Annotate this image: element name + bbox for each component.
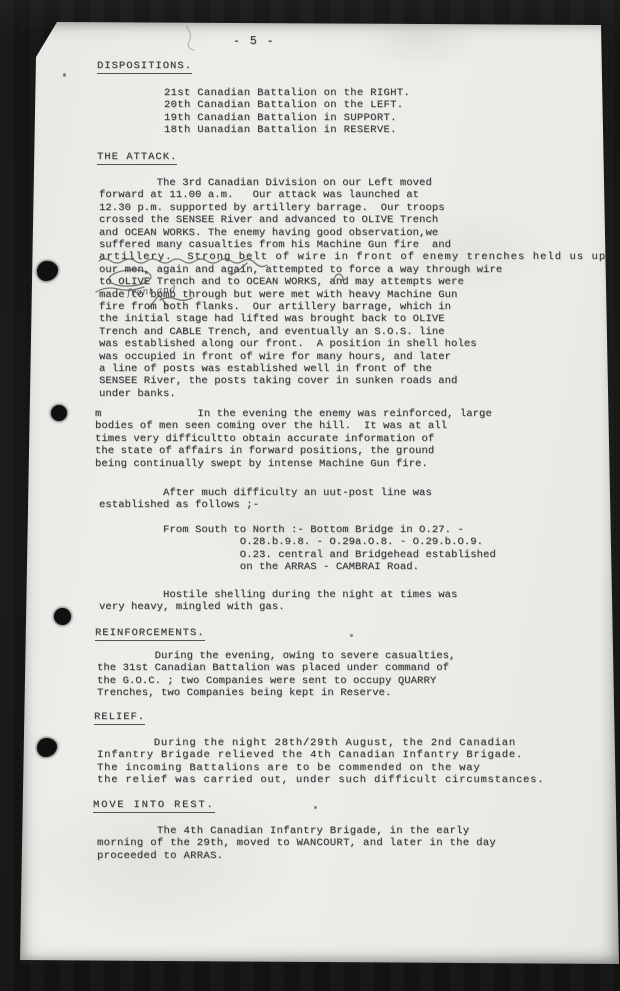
attack-paragraph-2: m In the evening the enemy was reinforce…	[95, 408, 492, 470]
attack-paragraph-4: Hostile shelling during the night at tim…	[99, 589, 457, 614]
battalion-dispositions-list: 21st Canadian Battalion on the RIGHT. 20…	[164, 87, 410, 137]
attack-paragraph-1b: our men, again and again, attempted to f…	[99, 264, 502, 400]
ink-speck	[350, 634, 353, 637]
attack-paragraph-1-wide-line: artillery. Strong belt of wire in front …	[99, 251, 606, 263]
scanned-document: - 5 - DISPOSITIONS. 21st Canadian Battal…	[0, 0, 620, 991]
ink-speck	[314, 806, 317, 809]
page-number: - 5 -	[233, 36, 275, 48]
attack-paragraph-3: After much difficulty an uut-post line w…	[99, 487, 432, 512]
attack-paragraph-1a: The 3rd Canadian Division on our Left mo…	[99, 177, 451, 251]
section-heading-dispositions: DISPOSITIONS.	[97, 60, 192, 74]
reinforcements-paragraph: During the evening, owing to severe casu…	[97, 650, 455, 700]
section-heading-move-into-rest: MOVE INTO REST.	[93, 799, 215, 813]
section-heading-reinforcements: REINFORCEMENTS.	[95, 627, 205, 641]
section-heading-the-attack: THE ATTACK.	[97, 151, 177, 165]
relief-paragraph: During the night 28th/29th August, the 2…	[97, 737, 544, 787]
section-heading-relief: RELIEF.	[94, 711, 145, 725]
punch-hole	[54, 608, 71, 625]
move-into-rest-paragraph: The 4th Canadian Infantry Brigade, in th…	[97, 825, 496, 862]
ink-speck	[63, 73, 66, 77]
outpost-line-coordinates: From South to North :- Bottom Bridge in …	[163, 524, 496, 574]
punch-hole	[51, 405, 67, 421]
